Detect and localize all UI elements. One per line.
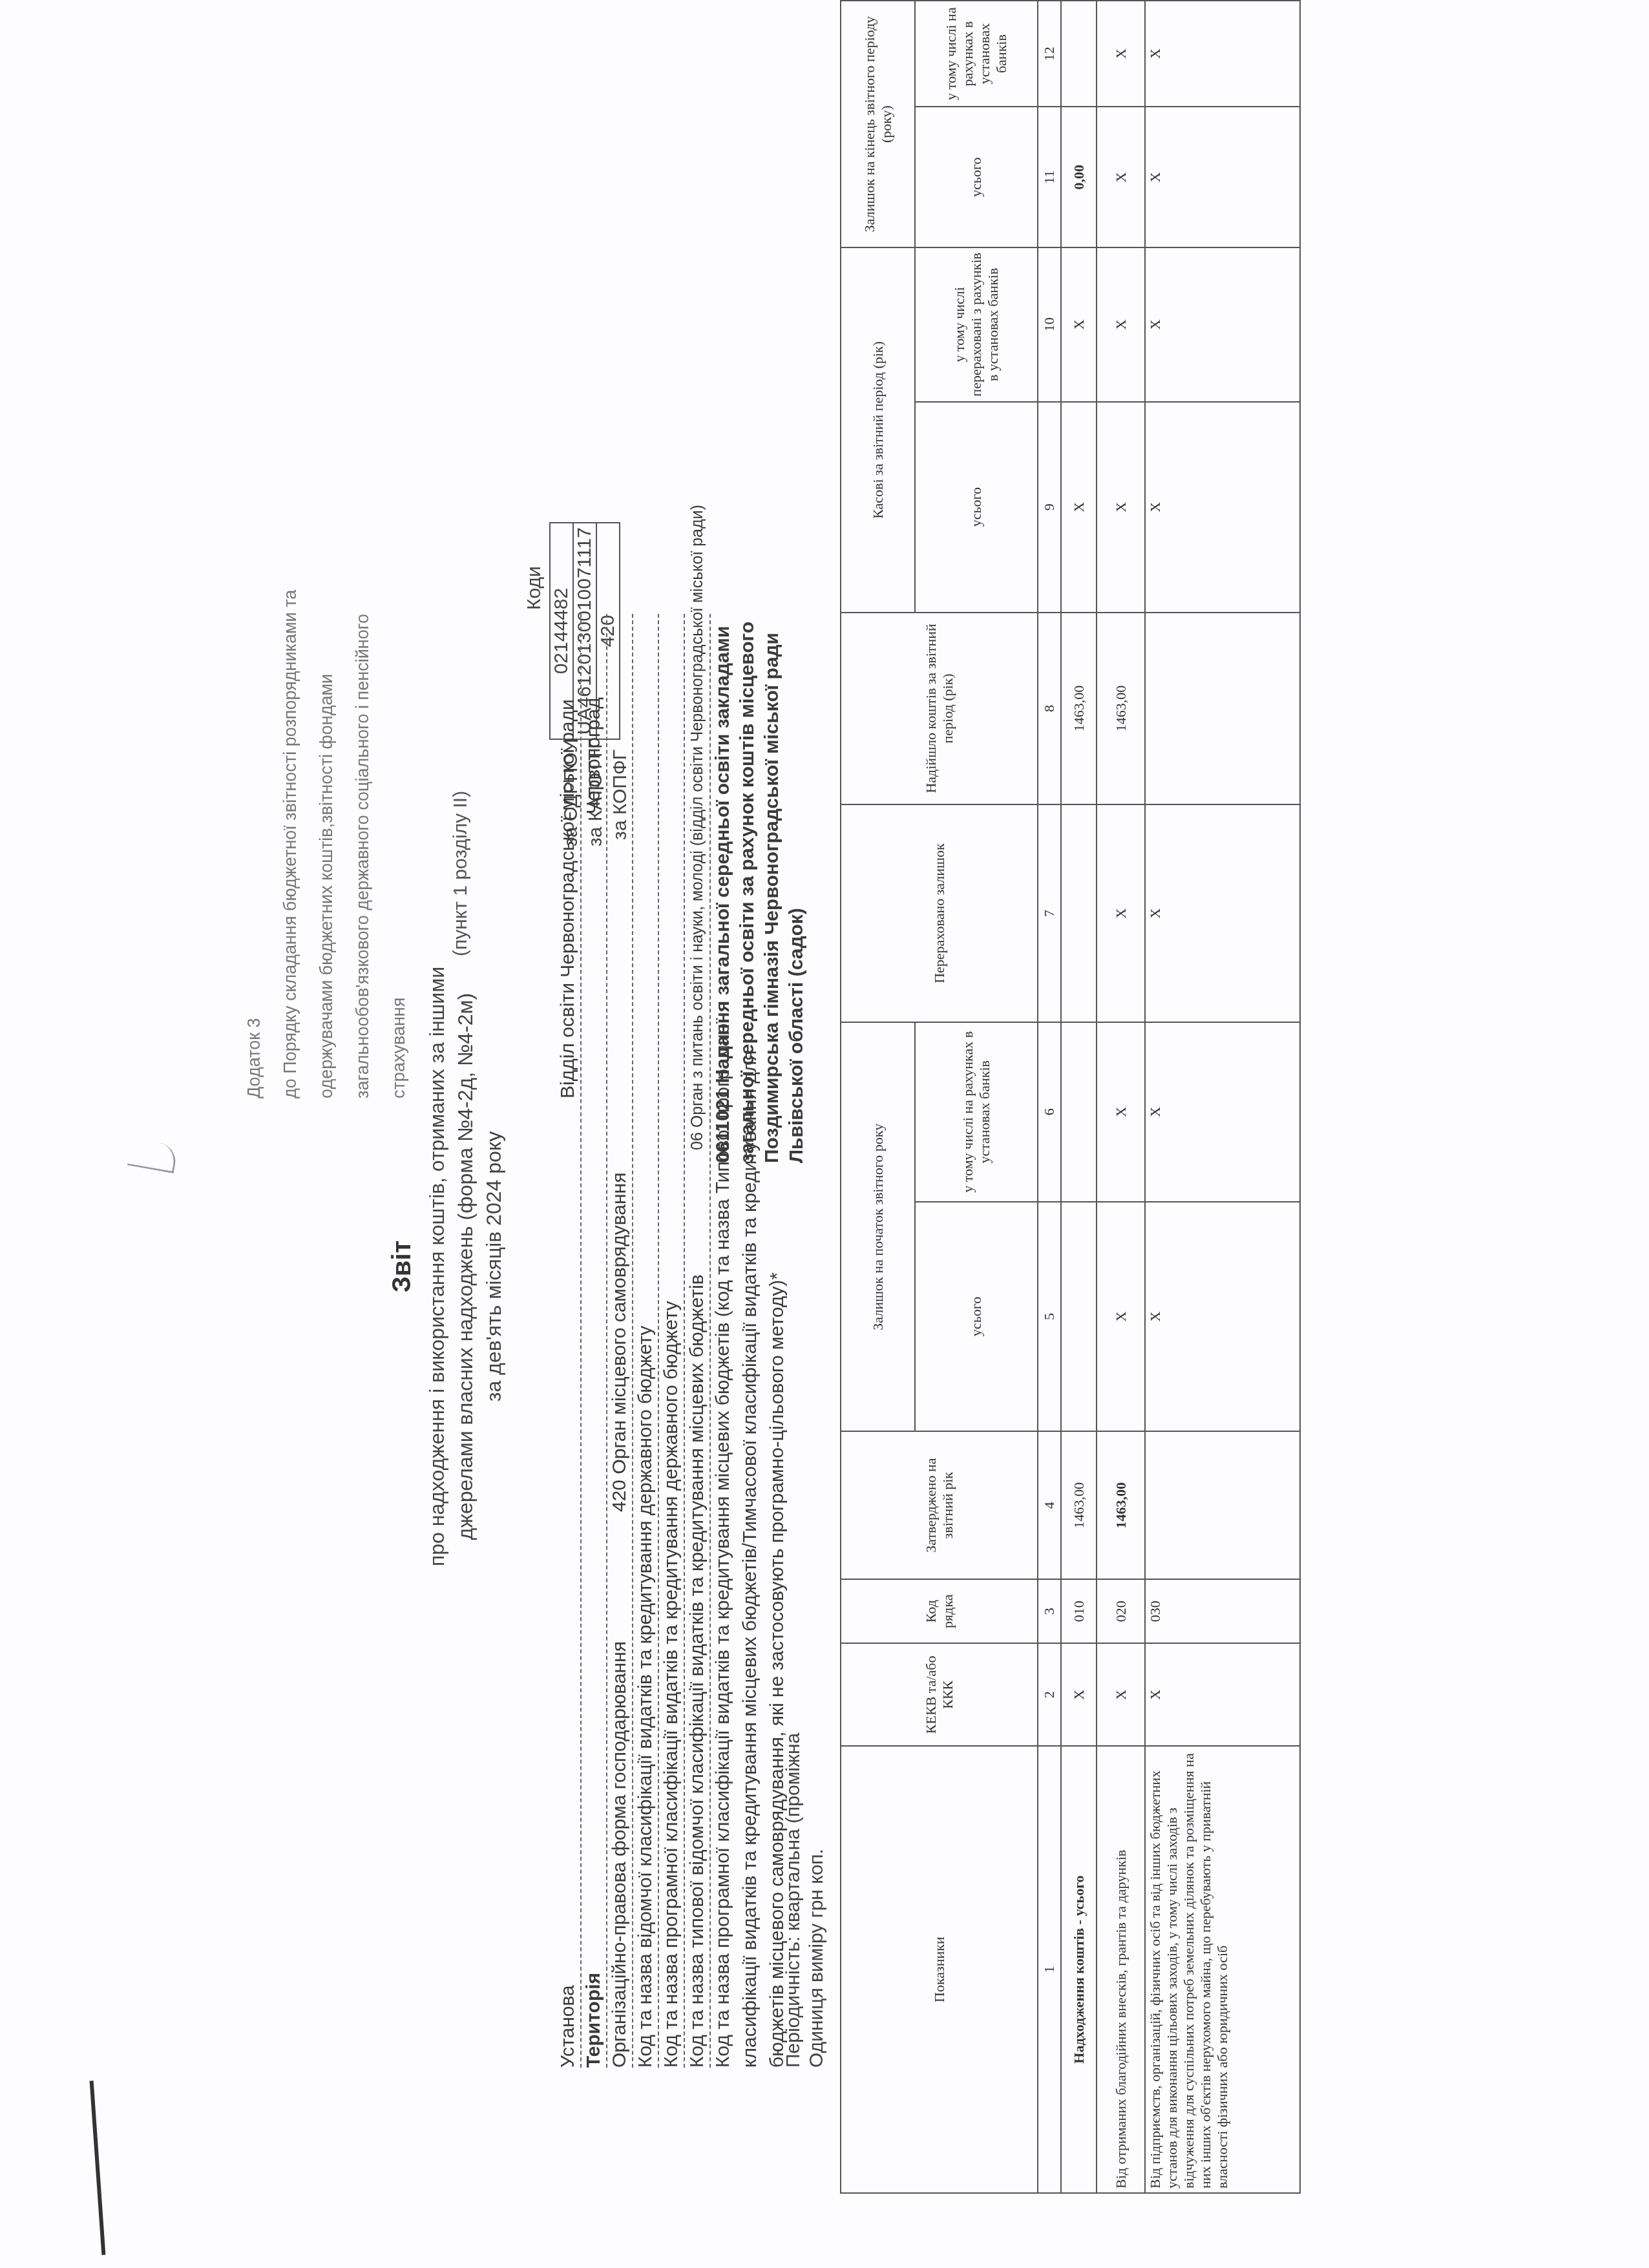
cell-balance-start-banks — [1061, 1022, 1097, 1201]
report-table: Показники КЕКВ та/або ККК Код рядка Затв… — [840, 0, 1301, 2194]
col-number: 8 — [1038, 613, 1061, 804]
field-label: Код та назва програмної класифікації вид… — [659, 1301, 684, 2068]
column-number-row: 1 2 3 4 5 6 7 8 9 10 11 12 — [1038, 1, 1061, 2193]
col-header-balance-end-total: усього — [915, 107, 1038, 247]
col-number: 6 — [1038, 1022, 1061, 1201]
col-number: 9 — [1038, 402, 1061, 613]
handwritten-page-number — [127, 1138, 178, 1173]
appendix-line: до Порядку складання бюджетної звітності… — [272, 590, 308, 1098]
header-fields: Установа Відділ освіти Червоноградської … — [556, 614, 788, 2068]
cell-received: 1463,00 — [1061, 613, 1097, 804]
field-local-prog: Код та назва програмної класифікації вид… — [711, 614, 788, 2068]
table-row: Від підприємств, організацій, фізичних о… — [1145, 1, 1300, 2193]
appendix-title: Додаток 3 — [236, 590, 272, 1098]
field-institution: Установа Відділ освіти Червоноградської … — [556, 614, 582, 2068]
cell-balance-start-total: X — [1145, 1202, 1300, 1432]
cell-balance-end-banks — [1061, 1, 1097, 107]
field-dept-class: Код та назва відомчої класифікації видат… — [633, 614, 659, 2068]
document-page: Додаток 3 до Порядку складання бюджетної… — [0, 0, 1649, 2268]
col-number: 2 — [1038, 1643, 1061, 1746]
col-header-indicators: Показники — [841, 1746, 1038, 2193]
cell-balance-start-banks: X — [1145, 1022, 1300, 1201]
cell-transferred: X — [1145, 804, 1300, 1022]
row-code: 030 — [1145, 1579, 1300, 1644]
col-header-balance-start: Залишок на початок звітного року — [841, 1022, 915, 1431]
row-code: 010 — [1061, 1579, 1097, 1644]
col-header-cash-banks: у тому числі перераховані з рахунків в у… — [915, 247, 1038, 401]
col-number: 7 — [1038, 804, 1061, 1022]
cell-approved: 1463,00 — [1061, 1431, 1097, 1579]
unit-of-measure: Одиниця виміру грн коп. — [805, 1733, 828, 2068]
cell-balance-start-banks: X — [1097, 1022, 1145, 1201]
table-row: Надходження коштів - усього X 010 1463,0… — [1061, 1, 1097, 2193]
col-number: 5 — [1038, 1202, 1061, 1432]
row-kekv: X — [1097, 1643, 1145, 1746]
codes-header: Коди — [523, 491, 545, 685]
col-number: 3 — [1038, 1579, 1061, 1644]
col-number: 12 — [1038, 1, 1061, 107]
appendix-line: одержувачами бюджетних коштів,звітності … — [308, 590, 344, 1098]
field-label: Код та назва програмної класифікації вид… — [711, 1018, 735, 2068]
col-header-cash: Касові за звітний період (рік) — [841, 247, 915, 613]
col-header-approved: Затверджено на звітний рік — [841, 1431, 1038, 1579]
report-title: Звіт про надходження і використання кошт… — [388, 846, 508, 1686]
col-number: 4 — [1038, 1431, 1061, 1579]
field-value: Червоноград — [582, 697, 606, 814]
cell-balance-end-total: 0,00 — [1061, 107, 1097, 247]
col-header-balance-end: Залишок на кінець звітного періоду (року… — [841, 1, 915, 247]
cell-received: 1463,00 — [1097, 613, 1145, 804]
row-kekv: X — [1145, 1643, 1300, 1746]
field-label: Код та назва типової відомчої класифікац… — [685, 1274, 709, 2068]
periodicity: Періодичність: квартальна (проміжна — [782, 1733, 805, 2068]
col-header-balance-start-total: усього — [915, 1202, 1038, 1432]
cell-balance-start-total: X — [1097, 1202, 1145, 1432]
cell-balance-end-total: X — [1097, 107, 1145, 247]
field-value: 06 Орган з питань освіти і науки, молоді… — [685, 505, 709, 1150]
col-number: 11 — [1038, 107, 1061, 247]
cell-received — [1145, 613, 1300, 804]
col-header-cash-total: усього — [915, 402, 1038, 613]
cell-balance-end-total: X — [1145, 107, 1300, 247]
field-org-form: Організаційно-правова форма господарюван… — [607, 614, 633, 2068]
row-name: Від отриманих благодійних внесків, грант… — [1097, 1746, 1145, 2193]
col-header-balance-start-banks: у тому числі на рахунках в установах бан… — [915, 1022, 1038, 1201]
col-header-kekv: КЕКВ та/або ККК — [841, 1643, 1038, 1746]
field-label: класифікації видатків та кредитування мі… — [738, 1051, 762, 2068]
field-value: 0611021 Надання загальної середньої осві… — [711, 607, 809, 1163]
cell-balance-end-banks: X — [1097, 1, 1145, 107]
cell-approved — [1145, 1431, 1300, 1579]
table-row: Від отриманих благодійних внесків, грант… — [1097, 1, 1145, 2193]
col-header-received: Надійшло коштів за звітний період (рік) — [841, 613, 1038, 804]
field-territory: Територія Червоноград — [582, 614, 607, 2068]
row-code: 020 — [1097, 1579, 1145, 1644]
report-meta: Періодичність: квартальна (проміжна Один… — [782, 1733, 828, 2068]
report-heading: Звіт — [388, 846, 416, 1686]
cell-transferred: X — [1097, 804, 1145, 1022]
cell-balance-end-banks: X — [1145, 1, 1300, 107]
field-value: Відділ освіти Червоноградської міської р… — [556, 699, 580, 1098]
cell-cash-banks: X — [1145, 247, 1300, 401]
cell-cash-total: X — [1097, 402, 1145, 613]
cell-transferred — [1061, 804, 1097, 1022]
cell-balance-start-total — [1061, 1202, 1097, 1432]
field-label: Код та назва відомчої класифікації видат… — [633, 1326, 658, 2068]
col-header-balance-end-banks: у тому числі на рахунках в установах бан… — [915, 1, 1038, 107]
row-name: Від підприємств, організацій, фізичних о… — [1145, 1746, 1300, 2193]
cell-cash-total: X — [1061, 402, 1097, 613]
col-header-row-code: Код рядка — [841, 1579, 1038, 1644]
field-label: Установа — [556, 1985, 580, 2068]
field-label: Територія — [582, 1973, 606, 2068]
report-subtitle: про надходження і використання коштів, о… — [423, 846, 451, 1686]
field-label: Організаційно-правова форма господарюван… — [607, 1641, 632, 2068]
row-name: Надходження коштів - усього — [1061, 1746, 1097, 2193]
col-number: 10 — [1038, 247, 1061, 401]
cell-approved: 1463,00 — [1097, 1431, 1145, 1579]
scan-mark — [90, 2081, 106, 2255]
col-header-transferred: Перераховано залишок — [841, 804, 1038, 1022]
col-number: 1 — [1038, 1746, 1061, 2193]
field-value: 420 Орган місцевого самоврядування — [607, 1173, 632, 1512]
field-typical-dept: Код та назва типової відомчої класифікац… — [685, 614, 711, 2068]
row-kekv: X — [1061, 1643, 1097, 1746]
report-subtitle: джерелами власних надходжень (форма №4-2… — [451, 846, 479, 1686]
cell-cash-total: X — [1145, 402, 1300, 613]
cell-cash-banks: X — [1061, 247, 1097, 401]
cell-cash-banks: X — [1097, 247, 1145, 401]
report-period: за дев'ять місяців 2024 року — [479, 846, 508, 1686]
field-prog-class: Код та назва програмної класифікації вид… — [659, 614, 685, 2068]
appendix-line: загальнообов'язкового державного соціаль… — [344, 590, 381, 1098]
